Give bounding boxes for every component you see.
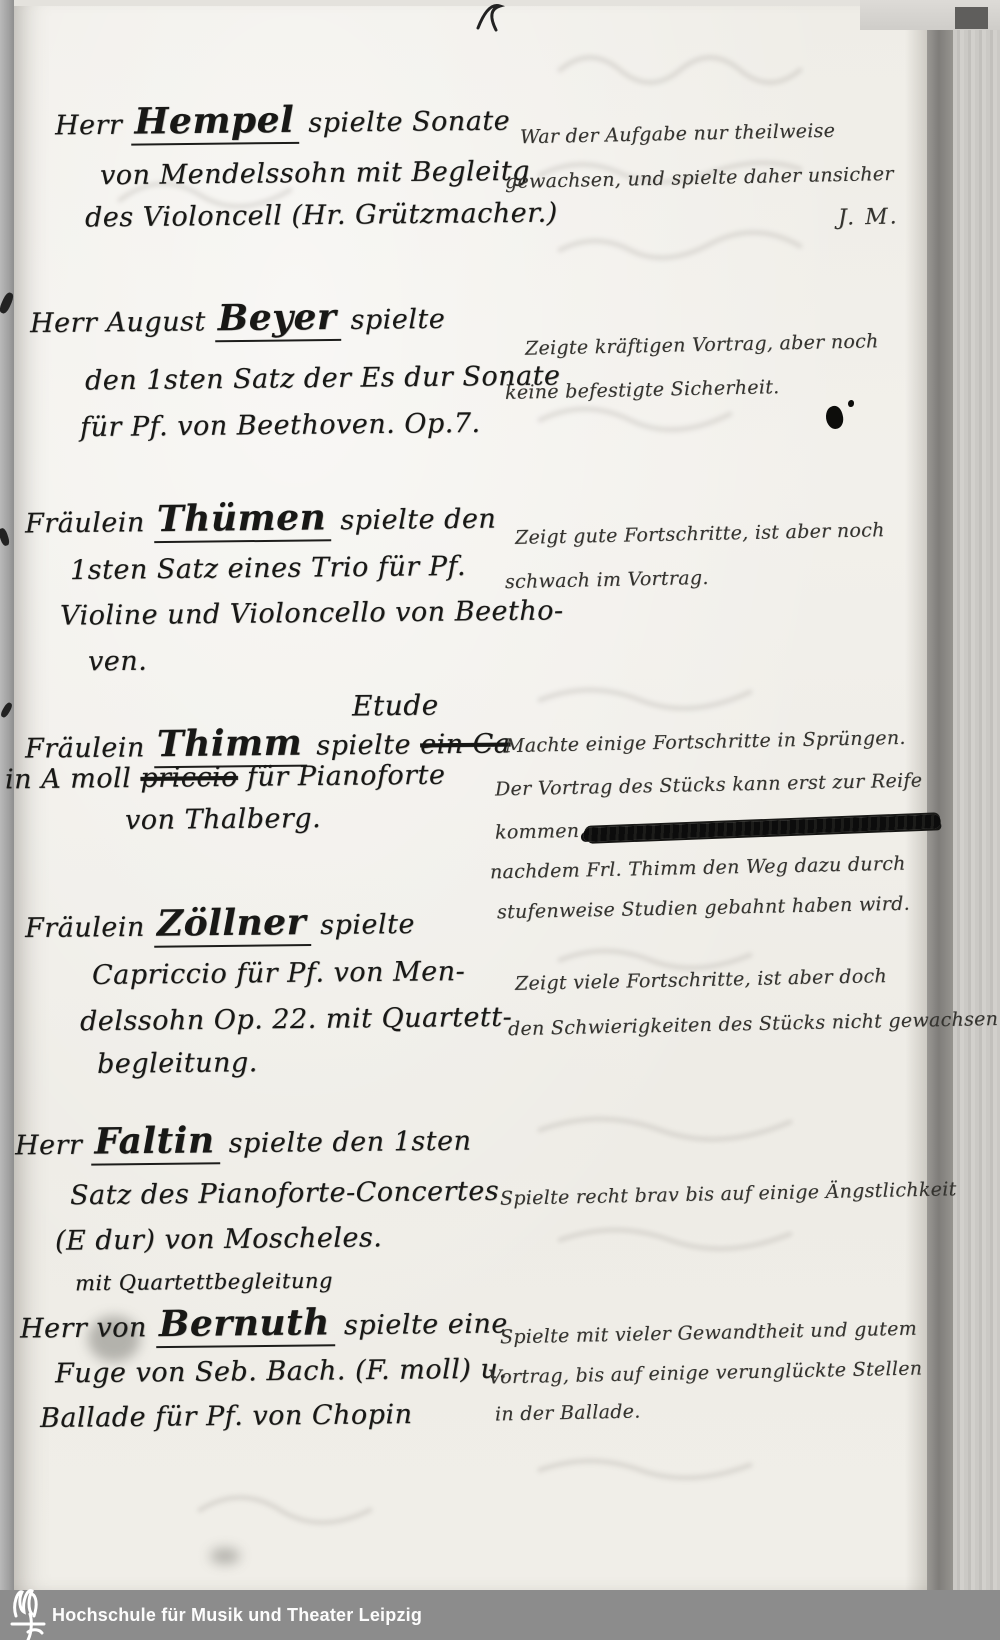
ink-blot: [848, 400, 854, 407]
performer-name: Faltin: [91, 1119, 220, 1165]
performer-name: Beyer: [215, 296, 342, 342]
performance-line: (E dur) von Moscheles.: [55, 1222, 383, 1256]
handwritten-text: Herr von: [20, 1312, 156, 1344]
performance-line: von Mendelssohn mit Begleitg: [100, 156, 530, 192]
performance-line: delssohn Op. 22. mit Quartett-: [80, 1002, 512, 1038]
handwritten-text: Ballade für Pf. von Chopin: [40, 1399, 413, 1434]
performance-line: Ballade für Pf. von Chopin: [40, 1399, 413, 1434]
manuscript-page: [14, 0, 955, 1590]
handwritten-text: Fuge von Seb. Bach. (F. moll) u.: [55, 1354, 508, 1390]
handwritten-text: spielte: [311, 909, 415, 941]
performance-line: Violine und Violoncello von Beetho-: [60, 595, 564, 631]
handwritten-text: den 1sten Satz der Es dur Sonate: [85, 361, 561, 397]
performance-line: 1sten Satz eines Trio für Pf.: [70, 551, 466, 586]
performance-line: Herr von Bernuth spielte eine: [20, 1300, 508, 1346]
struck-text: ein Ca: [420, 728, 511, 760]
handwritten-text: spielte eine: [335, 1308, 508, 1341]
performance-line: begleitung.: [97, 1047, 258, 1080]
handwritten-text: spielte den: [331, 504, 496, 537]
performance-line: in A moll priccio für Pianoforte: [5, 760, 446, 796]
performer-name: Hempel: [131, 99, 299, 146]
handwritten-text: mit Quartettbegleitung: [75, 1269, 333, 1296]
handwritten-text: Herr: [15, 1130, 92, 1162]
handwritten-text: Fräulein: [25, 732, 154, 764]
handwritten-text: für Pianoforte: [238, 760, 446, 793]
page-stack-light-edge: [953, 0, 1000, 1590]
performance-line: Etude: [352, 690, 439, 723]
page-top-edge: [14, 0, 904, 6]
handwritten-text: des Violoncell (Hr. Grützmacher.): [85, 198, 558, 234]
examiner-initials: J. M.: [838, 204, 899, 230]
performer-name: Thümen: [154, 496, 332, 543]
handwritten-text: spielte Sonate: [299, 106, 510, 139]
handwritten-text: kommen: [495, 820, 580, 844]
performance-line: Herr Faltin spielte den 1sten: [15, 1118, 472, 1164]
handwritten-text: in A moll: [5, 763, 141, 795]
struck-text: priccio: [140, 762, 238, 794]
assessment-line: in der Ballade.: [495, 1401, 641, 1426]
handwritten-text: Herr August: [30, 306, 215, 339]
performance-line: für Pf. von Beethoven. Op.7.: [80, 408, 481, 443]
performance-line: Fräulein Zöllner spielte: [25, 901, 415, 946]
page-right-shadow: [905, 0, 927, 1590]
handwritten-text: begleitung.: [97, 1047, 258, 1080]
page-stack-edge: [927, 0, 953, 1590]
handwritten-text: spielte: [341, 304, 445, 336]
handwritten-text: Violine und Violoncello von Beetho-: [60, 595, 564, 631]
footer-title: Hochschule für Musik und Theater Leipzig: [52, 1605, 422, 1626]
assessment-line: schwach im Vortrag.: [505, 568, 709, 594]
performance-line: Capriccio für Pf. von Men-: [92, 956, 465, 991]
performance-line: ven.: [88, 646, 148, 678]
performance-line: Fräulein Thümen spielte den: [25, 496, 497, 542]
performance-line: des Violoncell (Hr. Grützmacher.): [85, 198, 558, 234]
handwritten-text: 1sten Satz eines Trio für Pf.: [70, 551, 466, 586]
handwritten-text: in der Ballade.: [495, 1400, 641, 1425]
top-right-dark-block: [955, 7, 988, 29]
handwritten-text: Fräulein: [25, 507, 154, 539]
handwritten-text: für Pf. von Beethoven. Op.7.: [80, 408, 481, 443]
handwritten-text: ven.: [88, 646, 148, 678]
handwritten-text: von Thalberg.: [125, 803, 321, 836]
hmt-leipzig-logo-icon: [8, 1586, 50, 1640]
handwritten-text: keine befestigte Sicherheit.: [505, 376, 780, 404]
manuscript-scan: Herr Hempel spielte Sonatevon Mendelssoh…: [0, 0, 1000, 1640]
performance-line: Satz des Pianoforte-Concertes: [70, 1176, 499, 1212]
handwritten-text: Satz des Pianoforte-Concertes: [70, 1176, 499, 1211]
handwritten-text: von Mendelssohn mit Begleitg: [100, 156, 530, 192]
handwritten-text: spielte: [307, 729, 420, 761]
performance-line: von Thalberg.: [125, 803, 321, 836]
handwritten-text: delssohn Op. 22. mit Quartett-: [80, 1002, 512, 1038]
handwritten-text: Capriccio für Pf. von Men-: [92, 956, 465, 991]
performance-line: Herr Hempel spielte Sonate: [55, 98, 511, 144]
handwritten-text: (E dur) von Moscheles.: [55, 1222, 383, 1256]
performer-name: Zöllner: [154, 901, 312, 948]
performance-line: mit Quartettbegleitung: [75, 1269, 333, 1296]
handwritten-text: spielte den 1sten: [219, 1126, 471, 1160]
handwritten-text: Herr: [55, 110, 132, 142]
assessment-line: J. M.: [838, 204, 899, 231]
performance-line: Herr August Beyer spielte: [30, 296, 446, 342]
performance-line: den 1sten Satz der Es dur Sonate: [85, 361, 561, 397]
handwritten-text: schwach im Vortrag.: [505, 567, 709, 593]
performance-line: Fuge von Seb. Bach. (F. moll) u.: [55, 1354, 508, 1390]
footer-bar: Hochschule für Musik und Theater Leipzig: [0, 1590, 1000, 1640]
handwritten-text: Fräulein: [25, 912, 154, 944]
performer-name: Bernuth: [156, 1301, 335, 1348]
check-mark: [470, 0, 520, 34]
ink-smudge: [210, 1548, 240, 1564]
handwritten-text: Etude: [352, 689, 439, 723]
